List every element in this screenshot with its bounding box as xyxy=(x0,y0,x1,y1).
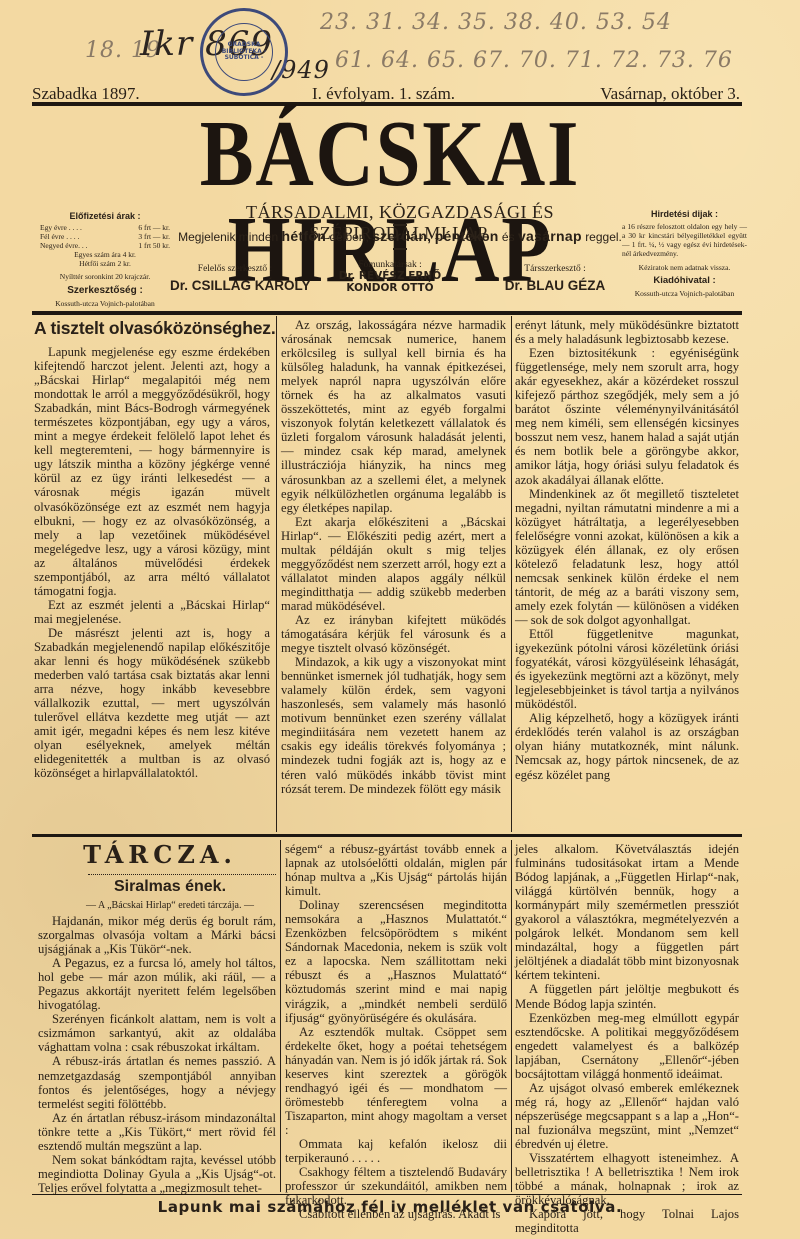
feuilleton-subtitle: — A „Bácskai Hirlap“ eredeti tárczája. — xyxy=(60,900,280,911)
handwritten-numbers-row-2: 61. 64. 65. 67. 70. 71. 72. 73. 76 xyxy=(335,48,733,73)
column-divider xyxy=(511,840,512,1192)
paragraph: De másrészt jelenti azt is, hogy a Szaba… xyxy=(34,626,270,781)
responsible-editor-label: Felelős szerkesztő : xyxy=(170,264,300,274)
paragraph: A rébusz-irás ártatlan és nemes passzió.… xyxy=(38,1054,276,1110)
feuilleton-column-2: ségem“ a rébusz-gyártást tovább ennek a … xyxy=(285,842,507,1221)
schedule-suffix: reggel. xyxy=(585,230,622,244)
paragraph: Alig képzelhető, hogy a közügyek iránti … xyxy=(515,711,739,781)
paragraph: Ezt az eszmét jelenti a „Bácskai Hirlap“… xyxy=(34,598,270,626)
price-row: Fél évre . . . .3 frt — kr. xyxy=(40,232,170,241)
single-issue-price: Egyes szám ára 4 kr. xyxy=(40,250,170,259)
monday-issue-price: Hétfői szám 2 kr. xyxy=(40,259,170,268)
price-row: Egy évre . . . .6 frt — kr. xyxy=(40,223,170,232)
column-divider xyxy=(276,316,277,832)
paragraph: ségem“ a rébusz-gyártást tovább ennek a … xyxy=(285,842,507,898)
paragraph: Ettől függetlenitve magunkat, igyekezünk… xyxy=(515,627,739,711)
advertising-heading: Hirdetési dijak : xyxy=(622,210,747,219)
schedule-day-wednesday: szerdán, xyxy=(372,228,431,244)
publisher-label: Kiadóhivatal : xyxy=(622,276,747,285)
paragraph: Az én ártatlan rébusz-irásom mindazonált… xyxy=(38,1111,276,1153)
contributor-name: Dr. RÉVÉSZ ERNŐ xyxy=(320,270,460,282)
responsible-editor-name: Dr. CSILLAG KÁROLY xyxy=(170,278,300,293)
paragraph: Az esztendők multak. Csöppet sem érdekel… xyxy=(285,1025,507,1137)
paragraph: Szerényen ficánkolt alattam, nem is volt… xyxy=(38,1012,276,1054)
paragraph: Mindazok, a kik ugy a viszonyokat mint b… xyxy=(281,655,506,795)
paragraph: Ezenközben meg-meg elmúllott egypár eszt… xyxy=(515,1011,739,1081)
schedule-and: és xyxy=(502,230,515,244)
ornament-dash xyxy=(393,248,407,250)
divider xyxy=(32,1194,742,1195)
price-label: Fél évre . . . . xyxy=(40,232,79,241)
ornament-dash xyxy=(393,224,407,226)
paragraph: A független párt jelöltje megbukott és M… xyxy=(515,982,739,1010)
paragraph: Dolinay szerencsésen meginditotta nemsok… xyxy=(285,898,507,1024)
stamp-text: GRADSKA BIBLIOTEKA - SUBOTICA - xyxy=(216,40,272,64)
advertising-box: Hirdetési dijak : a 16 részre felosztott… xyxy=(622,210,747,298)
contributors: Főmunkatársak : Dr. RÉVÉSZ ERNŐ KONDOR O… xyxy=(320,260,460,294)
open-space-price: Nyílttér soronkint 20 krajczár. xyxy=(40,272,170,281)
editorial-column-2: Az ország, lakosságára nézve harmadik vá… xyxy=(281,318,506,796)
schedule-day-sunday: vasárnap xyxy=(518,228,582,244)
feuilleton-column-3: jeles alkalom. Követválasztás idején ful… xyxy=(515,842,739,1235)
publisher-address: Kossuth-utcza Vojnich-palotában xyxy=(622,289,747,298)
editorial-column-1: Lapunk megjelenése egy eszme érdekében k… xyxy=(34,345,270,780)
subscription-heading: Előfizetési árak : xyxy=(40,212,170,221)
paragraph: Ommata kaj kefalón ikelosz dii terpikera… xyxy=(285,1137,507,1165)
feuilleton-section-title: TÁRCZA. xyxy=(60,840,260,869)
paragraph: Nem sokat bánkódtam rajta, kevéssel utób… xyxy=(38,1153,276,1195)
paragraph: Lapunk megjelenése egy eszme érdekében k… xyxy=(34,345,270,598)
paragraph: Ezen biztositékunk : egyéniségünk függet… xyxy=(515,346,739,486)
divider xyxy=(32,311,742,315)
price-label: Egy évre . . . . xyxy=(40,223,82,232)
price-value: 3 frt — kr. xyxy=(138,232,170,241)
divider xyxy=(88,874,276,875)
feuilleton-title: Siralmas ének. xyxy=(60,878,280,896)
paragraph: erényt látunk, mely müködésünkre biztato… xyxy=(515,318,739,346)
manuscripts-notice: Kéziratok nem adatnak vissza. xyxy=(622,263,747,272)
editorial-column-3: erényt látunk, mely müködésünkre biztato… xyxy=(515,318,739,782)
price-row: Negyed évre. . .1 frt 50 kr. xyxy=(40,241,170,250)
library-stamp-icon: GRADSKA BIBLIOTEKA - SUBOTICA - xyxy=(200,8,288,96)
responsible-editor: Felelős szerkesztő : Dr. CSILLAG KÁROLY xyxy=(170,264,300,293)
co-editor-label: Társszerkesztő : xyxy=(495,264,615,274)
paragraph: jeles alkalom. Követválasztás idején ful… xyxy=(515,842,739,982)
paragraph: A Pegazus, ez a furcsa ló, amely hol tál… xyxy=(38,956,276,1012)
price-label: Negyed évre. . . xyxy=(40,241,87,250)
price-value: 1 frt 50 kr. xyxy=(138,241,170,250)
co-editor-name: Dr. BLAU GÉZA xyxy=(495,278,615,293)
paragraph: Az ujságot olvasó emberek emlékeznek még… xyxy=(515,1081,739,1151)
dateline-volume-issue: I. évfolyam. 1. szám. xyxy=(312,84,455,104)
column-divider xyxy=(280,840,281,1192)
co-editor: Társszerkesztő : Dr. BLAU GÉZA xyxy=(495,264,615,293)
feuilleton-column-1: Hajdanán, mikor még derüs ég borult rám,… xyxy=(38,914,276,1195)
paragraph: Hajdanán, mikor még derüs ég borult rám,… xyxy=(38,914,276,956)
schedule-day-monday: hétfőn xyxy=(282,228,327,244)
paragraph: Az ország, lakosságára nézve harmadik vá… xyxy=(281,318,506,515)
dateline-place-year: Szabadka 1897. xyxy=(32,84,140,104)
paragraph: Ezt akarja előkésziteni a „Bácskai Hirla… xyxy=(281,515,506,613)
editorial-office-label: Szerkesztőség : xyxy=(40,286,170,295)
paragraph: Mindenkinek az őt megillető tiszteletet … xyxy=(515,487,739,627)
schedule-prefix: Megjelenik minden xyxy=(178,230,278,244)
price-value: 6 frt — kr. xyxy=(138,223,170,232)
supplement-notice: Lapunk mai számához fél iv melléklet van… xyxy=(40,1198,740,1216)
schedule-day-friday: pénteken xyxy=(435,228,499,244)
publication-schedule: Megjelenik minden hétfőn délben, szerdán… xyxy=(165,228,635,244)
column-divider xyxy=(511,316,512,832)
advertising-rates: a 16 részre felosztott oldalon egy hely … xyxy=(622,222,747,258)
subscription-box: Előfizetési árak : Egy évre . . . .6 frt… xyxy=(40,212,170,308)
divider xyxy=(32,834,742,837)
paragraph: Az ez irányban kifejtett müködés támogat… xyxy=(281,613,506,655)
editorial-office-address: Kossuth-utcza Vojnich-palotában xyxy=(40,299,170,308)
editorial-headline: A tisztelt olvasóközönséghez. xyxy=(34,318,276,339)
handwritten-numbers-row-1: 23. 31. 34. 35. 38. 40. 53. 54 xyxy=(320,10,672,35)
contributors-label: Főmunkatársak : xyxy=(320,260,460,270)
dateline-day-date: Vasárnap, október 3. xyxy=(600,84,740,104)
schedule-mid: délben, xyxy=(329,230,368,244)
contributor-name: KONDOR OTTÓ xyxy=(320,282,460,294)
